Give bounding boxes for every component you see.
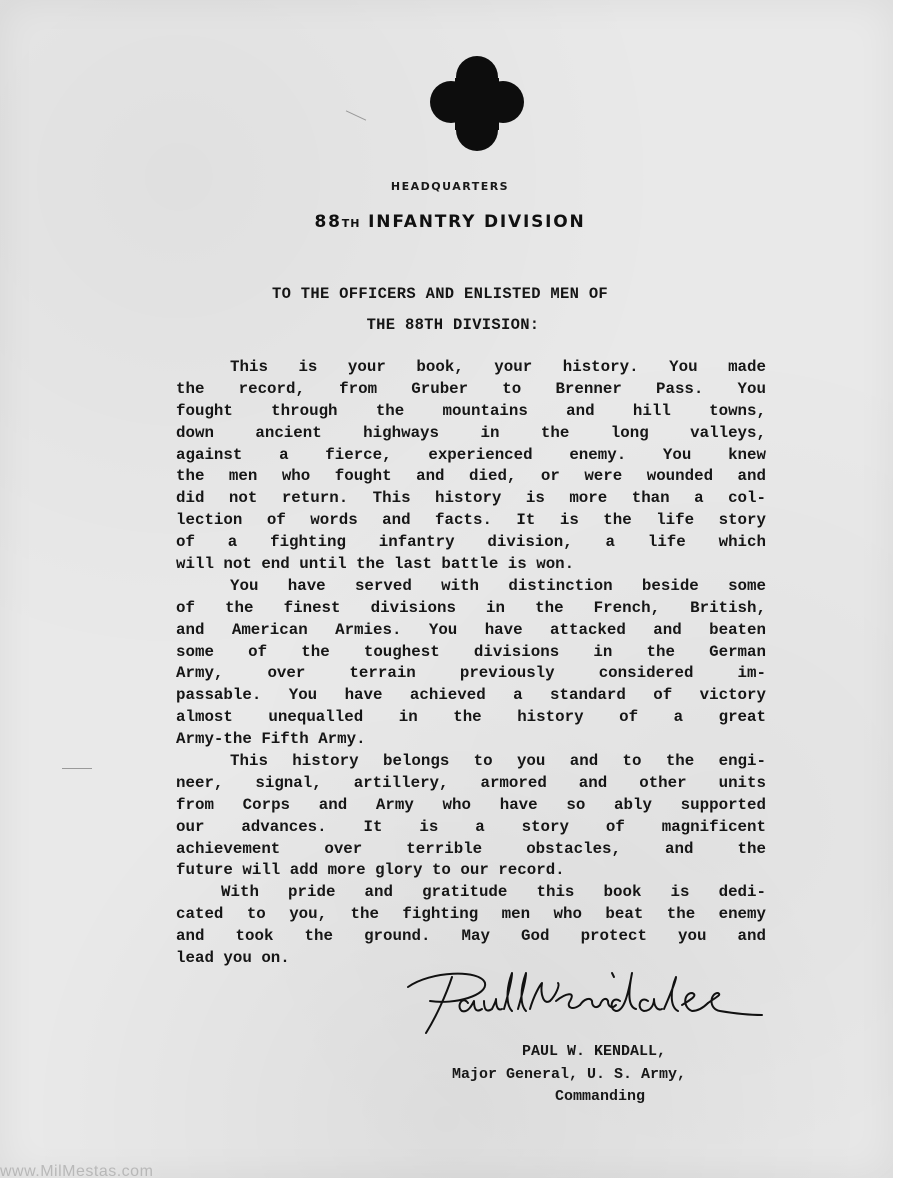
letter-line: This is your book, your history. You mad… (176, 357, 766, 379)
division-heading: 88TH INFANTRY DIVISION (0, 212, 900, 232)
letter-line: almost unequalled in the history of a gr… (176, 707, 766, 729)
letter-line: and took the ground. May God protect you… (176, 926, 766, 948)
website-watermark: www.MilMestas.com (0, 1163, 153, 1181)
paper-mark (62, 768, 92, 769)
division-name: INFANTRY DIVISION (368, 212, 585, 232)
letter-line: cated to you, the fighting men who beat … (176, 904, 766, 926)
division-number: 88 (314, 212, 341, 232)
letter-line: our advances. It is a story of magnifice… (176, 817, 766, 839)
letter-line: neer, signal, artillery, armored and oth… (176, 773, 766, 795)
salutation-line-2: THE 88TH DIVISION: (3, 316, 900, 334)
paper-mark (346, 110, 366, 120)
letter-line: of a fighting infantry division, a life … (176, 532, 766, 554)
letter-line: This history belongs to you and to the e… (176, 751, 766, 773)
handwritten-signature (400, 965, 770, 1040)
letter-line: the record, from Gruber to Brenner Pass.… (176, 379, 766, 401)
letter-line: passable. You have achieved a standard o… (176, 685, 766, 707)
letter-line: fought through the mountains and hill to… (176, 401, 766, 423)
salutation-line-1: TO THE OFFICERS AND ENLISTED MEN OF (0, 285, 890, 303)
letter-line: will not end until the last battle is wo… (176, 554, 766, 576)
letter-line: lection of words and facts. It is the li… (176, 510, 766, 532)
letter-line: did not return. This history is more tha… (176, 488, 766, 510)
document-page: HEADQUARTERS 88TH INFANTRY DIVISION TO T… (0, 0, 893, 1178)
letter-line: the men who fought and died, or were wou… (176, 466, 766, 488)
letter-line: and American Armies. You have attacked a… (176, 620, 766, 642)
signatory-name: PAUL W. KENDALL, (522, 1043, 666, 1060)
letter-line: With pride and gratitude this book is de… (176, 882, 766, 904)
quatrefoil-cross-icon (427, 52, 527, 154)
letter-line: against a fierce, experienced enemy. You… (176, 445, 766, 467)
division-suffix: TH (342, 217, 361, 230)
letter-line: down ancient highways in the long valley… (176, 423, 766, 445)
letter-line: Army-the Fifth Army. (176, 729, 766, 751)
signatory-role: Commanding (555, 1088, 645, 1105)
letter-line: Army, over terrain previously considered… (176, 663, 766, 685)
headquarters-heading: HEADQUARTERS (0, 180, 900, 193)
letter-line: some of the toughest divisions in the Ge… (176, 642, 766, 664)
letter-line: of the finest divisions in the French, B… (176, 598, 766, 620)
letter-line: achievement over terrible obstacles, and… (176, 839, 766, 861)
letter-line: from Corps and Army who have so ably sup… (176, 795, 766, 817)
letter-line: future will add more glory to our record… (176, 860, 766, 882)
letter-line: You have served with distinction beside … (176, 576, 766, 598)
letter-body: This is your book, your history. You mad… (176, 357, 766, 970)
signatory-rank: Major General, U. S. Army, (452, 1066, 686, 1083)
